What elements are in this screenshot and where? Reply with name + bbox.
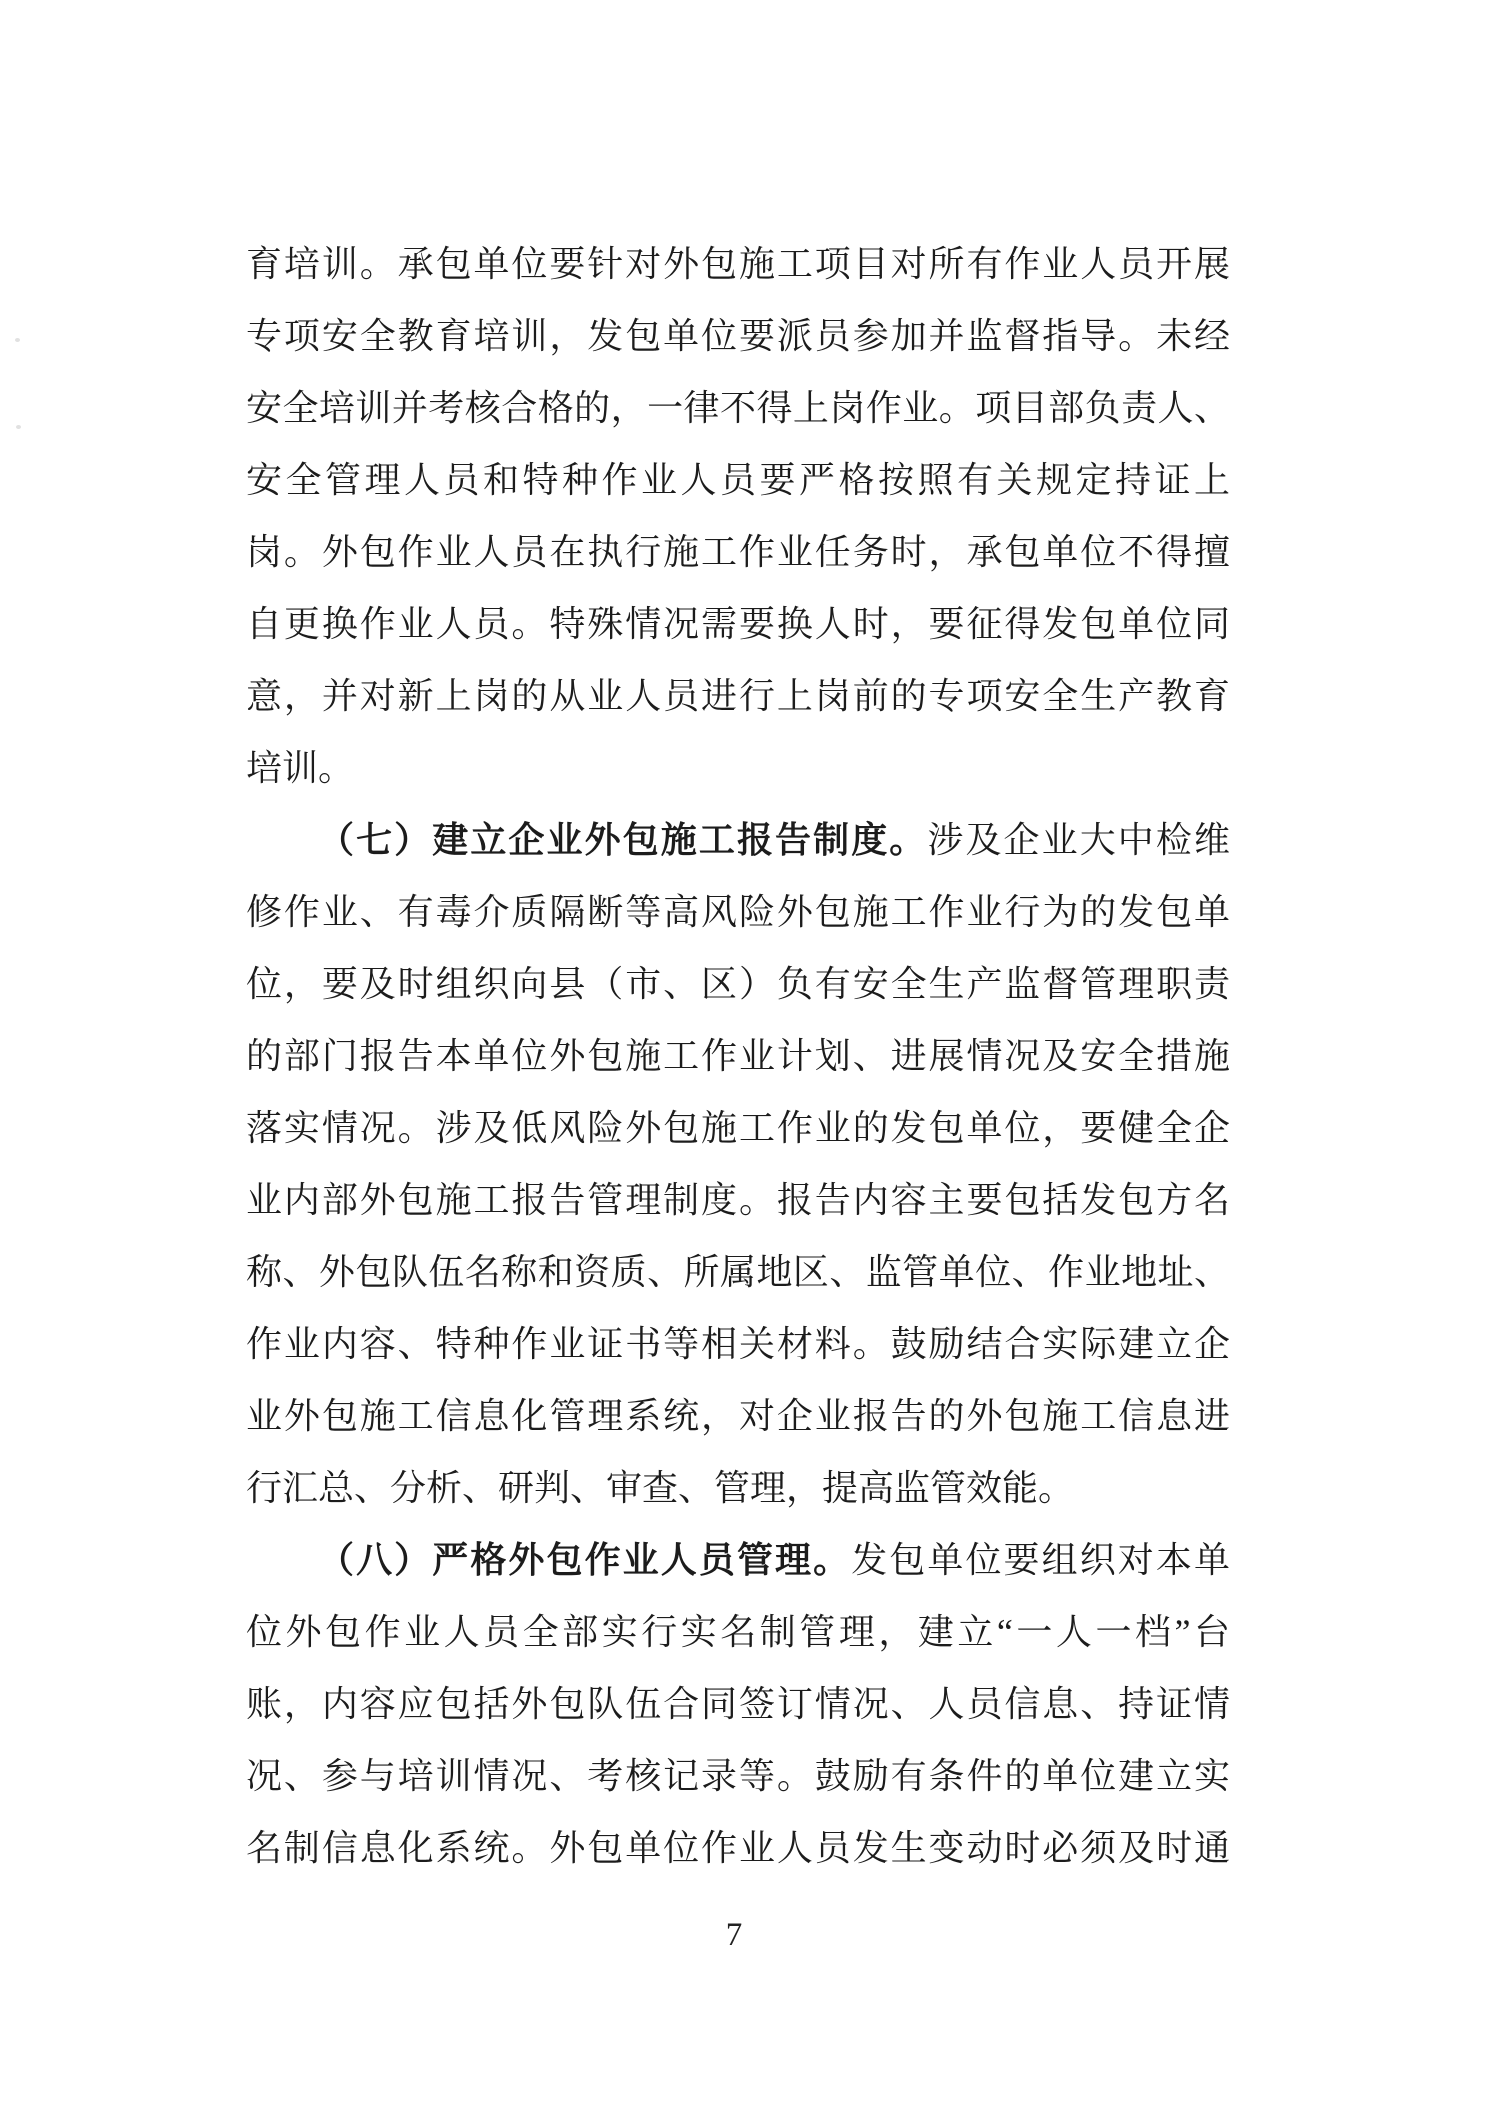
paragraph-line: 名制信息化系统。外包单位作业人员发生变动时必须及时通 bbox=[246, 1812, 1230, 1884]
document-body: 育培训。承包单位要针对外包施工项目对所有作业人员开展 专项安全教育培训，发包单位… bbox=[246, 228, 1230, 1884]
line-text: 自更换作业人员。特殊情况需要换人时，要征得发包单位同 bbox=[246, 604, 1230, 644]
line-text: 涉及企业大中检维 bbox=[927, 820, 1230, 860]
page-number-value: 7 bbox=[726, 1917, 743, 1953]
line-text: 落实情况。涉及低风险外包施工作业的发包单位，要健全企 bbox=[246, 1108, 1230, 1148]
section-8-heading-line: （八）严格外包作业人员管理。发包单位要组织对本单 bbox=[246, 1524, 1230, 1596]
paragraph-line: 位外包作业人员全部实行实名制管理，建立“一人一档”台 bbox=[246, 1596, 1230, 1668]
line-text: 安全管理人员和特种作业人员要严格按照有关规定持证上 bbox=[246, 460, 1230, 500]
line-text: 况、参与培训情况、考核记录等。鼓励有条件的单位建立实 bbox=[246, 1756, 1230, 1796]
line-text: 称、外包队伍名称和资质、所属地区、监管单位、作业地址、 bbox=[246, 1252, 1230, 1292]
paragraph-end-line: 行汇总、分析、研判、审查、管理，提高监管效能。 bbox=[246, 1452, 1230, 1524]
paragraph-line: 自更换作业人员。特殊情况需要换人时，要征得发包单位同 bbox=[246, 588, 1230, 660]
paragraph-line: 意，并对新上岗的从业人员进行上岗前的专项安全生产教育 bbox=[246, 660, 1230, 732]
line-text: 行汇总、分析、研判、审查、管理，提高监管效能。 bbox=[246, 1468, 1074, 1508]
line-text: 培训。 bbox=[246, 748, 354, 788]
line-text: 专项安全教育培训，发包单位要派员参加并监督指导。未经 bbox=[246, 316, 1230, 356]
line-text: 业内部外包施工报告管理制度。报告内容主要包括发包方名 bbox=[246, 1180, 1230, 1220]
paragraph-line: 业内部外包施工报告管理制度。报告内容主要包括发包方名 bbox=[246, 1164, 1230, 1236]
line-text: 修作业、有毒介质隔断等高风险外包施工作业行为的发包单 bbox=[246, 892, 1230, 932]
paragraph-line: 况、参与培训情况、考核记录等。鼓励有条件的单位建立实 bbox=[246, 1740, 1230, 1812]
line-text: 发包单位要组织对本单 bbox=[851, 1540, 1230, 1580]
paragraph-line: 作业内容、特种作业证书等相关材料。鼓励结合实际建立企 bbox=[246, 1308, 1230, 1380]
paragraph-line: 的部门报告本单位外包施工作业计划、进展情况及安全措施 bbox=[246, 1020, 1230, 1092]
paragraph-line: 称、外包队伍名称和资质、所属地区、监管单位、作业地址、 bbox=[246, 1236, 1230, 1308]
paragraph-line: 位，要及时组织向县（市、区）负有安全生产监督管理职责 bbox=[246, 948, 1230, 1020]
line-text: 岗。外包作业人员在执行施工作业任务时，承包单位不得擅 bbox=[246, 532, 1230, 572]
line-text: 业外包施工信息化管理系统，对企业报告的外包施工信息进 bbox=[246, 1396, 1230, 1436]
scan-speck bbox=[16, 425, 21, 429]
line-text: 安全培训并考核合格的，一律不得上岗作业。项目部负责人、 bbox=[246, 388, 1230, 428]
line-text: 育培训。承包单位要针对外包施工项目对所有作业人员开展 bbox=[246, 244, 1230, 284]
paragraph-line: 专项安全教育培训，发包单位要派员参加并监督指导。未经 bbox=[246, 300, 1230, 372]
paragraph-line: 落实情况。涉及低风险外包施工作业的发包单位，要健全企 bbox=[246, 1092, 1230, 1164]
line-text: 意，并对新上岗的从业人员进行上岗前的专项安全生产教育 bbox=[246, 676, 1230, 716]
paragraph-line: 育培训。承包单位要针对外包施工项目对所有作业人员开展 bbox=[246, 228, 1230, 300]
section-heading: （七）建立企业外包施工报告制度。 bbox=[318, 820, 927, 860]
paragraph-line: 修作业、有毒介质隔断等高风险外包施工作业行为的发包单 bbox=[246, 876, 1230, 948]
paragraph-line: 账，内容应包括外包队伍合同签订情况、人员信息、持证情 bbox=[246, 1668, 1230, 1740]
paragraph-line: 岗。外包作业人员在执行施工作业任务时，承包单位不得擅 bbox=[246, 516, 1230, 588]
line-text: 位外包作业人员全部实行实名制管理，建立“一人一档”台 bbox=[246, 1612, 1230, 1652]
scan-speck bbox=[15, 338, 20, 342]
line-text: 作业内容、特种作业证书等相关材料。鼓励结合实际建立企 bbox=[246, 1324, 1230, 1364]
paragraph-line: 业外包施工信息化管理系统，对企业报告的外包施工信息进 bbox=[246, 1380, 1230, 1452]
paragraph-end-line: 培训。 bbox=[246, 732, 1230, 804]
section-7-heading-line: （七）建立企业外包施工报告制度。涉及企业大中检维 bbox=[246, 804, 1230, 876]
page-number: 7 bbox=[0, 1916, 1478, 1954]
section-heading: （八）严格外包作业人员管理。 bbox=[318, 1540, 851, 1580]
line-text: 名制信息化系统。外包单位作业人员发生变动时必须及时通 bbox=[246, 1828, 1230, 1868]
line-text: 位，要及时组织向县（市、区）负有安全生产监督管理职责 bbox=[246, 964, 1230, 1004]
line-text: 账，内容应包括外包队伍合同签订情况、人员信息、持证情 bbox=[246, 1684, 1230, 1724]
paragraph-line: 安全培训并考核合格的，一律不得上岗作业。项目部负责人、 bbox=[246, 372, 1230, 444]
document-page: 育培训。承包单位要针对外包施工项目对所有作业人员开展 专项安全教育培训，发包单位… bbox=[0, 0, 1488, 2104]
paragraph-line: 安全管理人员和特种作业人员要严格按照有关规定持证上 bbox=[246, 444, 1230, 516]
line-text: 的部门报告本单位外包施工作业计划、进展情况及安全措施 bbox=[246, 1036, 1230, 1076]
